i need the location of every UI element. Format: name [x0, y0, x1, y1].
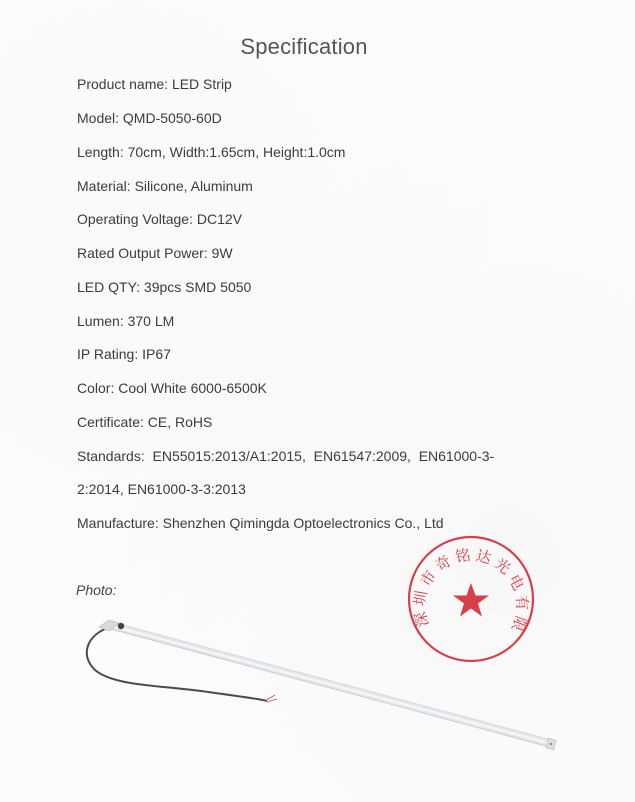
product-photo	[75, 615, 575, 765]
photo-label: Photo:	[76, 582, 116, 598]
spec-led-qty: LED QTY: 39pcs SMD 5050	[77, 279, 251, 295]
spec-ip-rating: IP Rating: IP67	[77, 346, 171, 362]
star-icon	[453, 583, 489, 617]
spec-standards-line2: 2:2014, EN61000-3-3:2013	[77, 481, 246, 497]
spec-standards-line1: Standards: EN55015:2013/A1:2015, EN61547…	[77, 448, 494, 464]
spec-manufacture: Manufacture: Shenzhen Qimingda Optoelect…	[77, 515, 444, 531]
led-bar	[101, 621, 556, 750]
page-title: Specification	[0, 34, 608, 60]
spec-lumen: Lumen: 370 LM	[77, 313, 174, 329]
spec-model: Model: QMD-5050-60D	[77, 110, 222, 126]
spec-certificate: Certificate: CE, RoHS	[77, 414, 212, 430]
spec-voltage: Operating Voltage: DC12V	[77, 211, 242, 227]
spec-product-name: Product name: LED Strip	[77, 76, 232, 92]
switch-icon	[118, 623, 124, 629]
document-page: Specification Product name: LED Strip Mo…	[0, 0, 635, 802]
spec-power: Rated Output Power: 9W	[77, 245, 233, 261]
spec-dimensions: Length: 70cm, Width:1.65cm, Height:1.0cm	[77, 144, 345, 160]
spec-material: Material: Silicone, Aluminum	[77, 178, 253, 194]
spec-color: Color: Cool White 6000-6500K	[77, 380, 267, 396]
